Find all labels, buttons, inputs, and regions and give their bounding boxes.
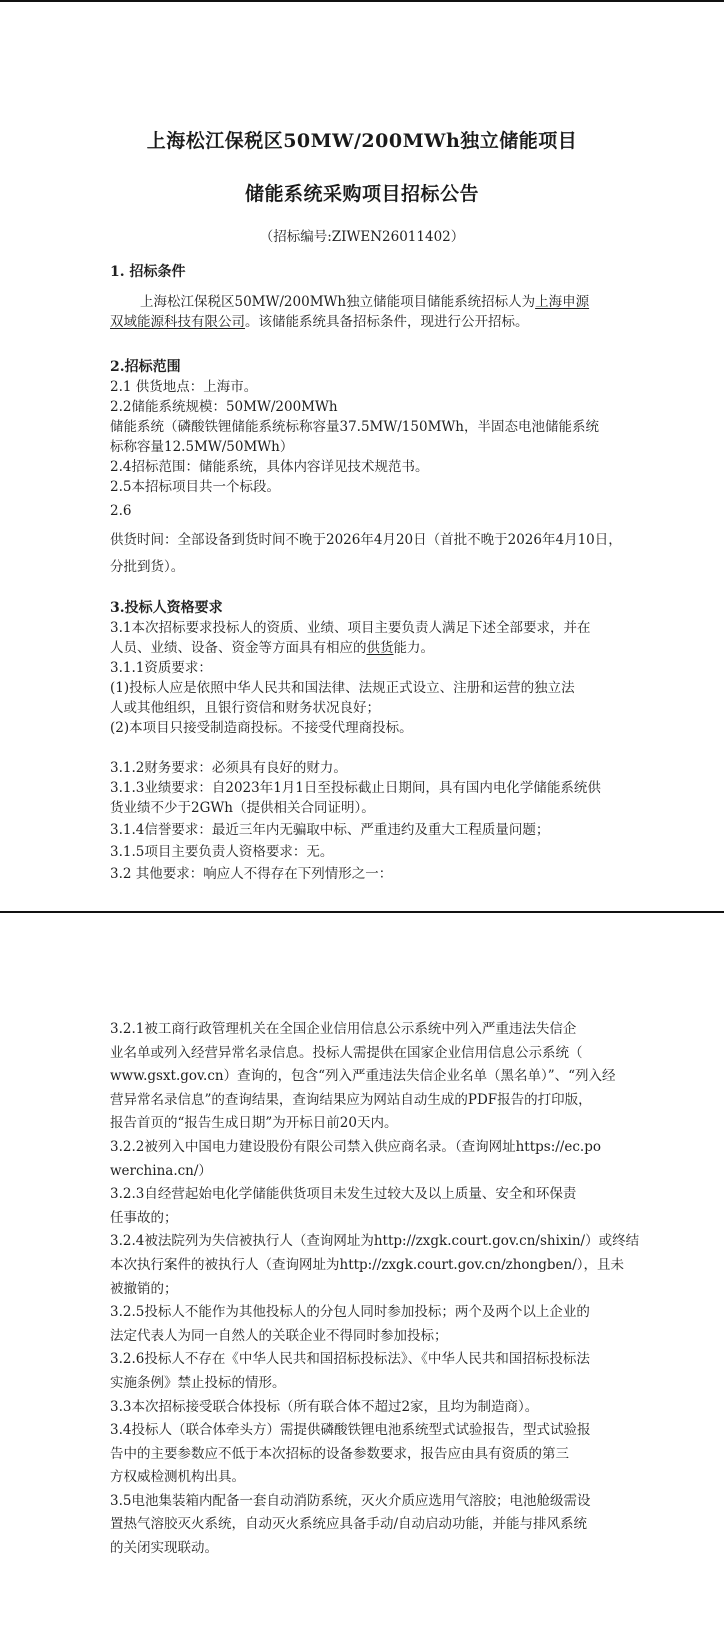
page-2-line: 置热气溶胶灭火系统，自动灭火系统应具备手动/自动启动功能，并能与排风系统 xyxy=(110,1513,596,1537)
section-1-para-suffix: 。该储能系统具备招标条件，现进行公开招标。 xyxy=(245,314,529,330)
page-2-body: 3.2.1被工商行政管理机关在全国企业信用信息公示系统中列入严重违法失信企 业名… xyxy=(110,1018,596,1561)
item-2-2-detail-2: 标称容量12.5MW/50MWh） xyxy=(110,437,596,457)
delivery-time-line-2: 分批到货）。 xyxy=(110,557,596,577)
page-2-line: 本次执行案件的被执行人（查询网址为http://zxgk.court.gov.c… xyxy=(110,1254,596,1278)
page-2-line: 营异常名录信息”的查询结果，查询结果应为网站自动生成的PDF报告的打印版， xyxy=(110,1089,596,1113)
item-3-1-4: 3.1.4信誉要求：最近三年内无骗取中标、严重违约及重大工程质量问题； xyxy=(110,820,596,840)
section-3: 3.投标人资格要求 3.1本次招标要求投标人的资质、业绩、项目主要负责人满足下述… xyxy=(110,598,596,884)
document-title-line-1: 上海松江保税区50MW/200MWh独立储能项目 xyxy=(0,126,724,153)
page-2-line: 3.4投标人（联合体牵头方）需提供磷酸铁锂电池系统型式试验报告，型式试验报 xyxy=(110,1419,596,1443)
item-3-1-line-1: 3.1本次招标要求投标人的资质、业绩、项目主要负责人满足下述全部要求，并在 xyxy=(110,618,596,638)
qualification-1-line-1: (1)投标人应是依照中华人民共和国法律、法规正式设立、注册和运营的独立法 xyxy=(110,678,596,698)
supply-underlined: 供货 xyxy=(367,640,394,656)
item-2-5: 2.5本招标项目共一个标段。 xyxy=(110,477,596,497)
item-3-1-5: 3.1.5项目主要负责人资格要求：无。 xyxy=(110,842,596,862)
section-2: 2.招标范围 2.1 供货地点：上海市。 2.2储能系统规模：50MW/200M… xyxy=(110,357,596,577)
page-2-line: 3.3本次招标接受联合体投标（所有联合体不超过2家，且均为制造商）。 xyxy=(110,1396,596,1420)
section-1: 1. 招标条件 上海松江保税区50MW/200MWh独立储能项目储能系统招标人为… xyxy=(110,262,596,332)
page-2-line: 3.2.1被工商行政管理机关在全国企业信用信息公示系统中列入严重违法失信企 xyxy=(110,1018,596,1042)
section-1-para-line-1: 上海松江保税区50MW/200MWh独立储能项目储能系统招标人为上海申源 xyxy=(110,292,596,312)
item-3-2: 3.2 其他要求：响应人不得存在下列情形之一： xyxy=(110,864,596,884)
page-2-line: 报告首页的“报告生成日期”为开标日前20天内。 xyxy=(110,1112,596,1136)
item-2-4: 2.4招标范围：储能系统，具体内容详见技术规范书。 xyxy=(110,457,596,477)
section-1-heading: 1. 招标条件 xyxy=(110,262,596,282)
page-2-line: 任事故的； xyxy=(110,1207,596,1231)
page-2-line: 业名单或列入经营异常名录信息。投标人需提供在国家企业信用信息公示系统（ xyxy=(110,1042,596,1066)
page-2-line: 3.2.4被法院列为失信被执行人（查询网址为http://zxgk.court.… xyxy=(110,1230,596,1254)
item-3-1-text: 人员、业绩、设备、资金等方面具有相应的 xyxy=(110,640,367,656)
tenderer-company-part-2: 双域能源科技有限公司 xyxy=(110,314,245,330)
page-2-line: 3.2.2被列入中国电力建设股份有限公司禁入供应商名录。（查询网址https:/… xyxy=(110,1136,596,1160)
qualification-1-line-2: 人或其他组织，且银行资信和财务状况良好； xyxy=(110,698,596,718)
page-2-line: 法定代表人为同一自然人的关联企业不得同时参加投标； xyxy=(110,1325,596,1349)
page-2-line: 被撤销的； xyxy=(110,1278,596,1302)
document-page-1: 上海松江保税区50MW/200MWh独立储能项目 储能系统采购项目招标公告 （招… xyxy=(0,0,724,911)
item-3-1-suffix: 能力。 xyxy=(394,640,435,656)
item-2-6: 2.6 xyxy=(110,501,596,521)
item-3-1-2: 3.1.2财务要求：必须具有良好的财力。 xyxy=(110,758,596,778)
item-3-1-3-line-2: 货业绩不少于2GWh（提供相关合同证明）。 xyxy=(110,798,596,818)
page-2-line: 实施条例》禁止投标的情形。 xyxy=(110,1372,596,1396)
page-2-line: 3.5电池集装箱内配备一套自动消防系统，灭火介质应选用气溶胶；电池舱级需设 xyxy=(110,1490,596,1514)
item-2-2-detail-1: 储能系统（磷酸铁锂储能系统标称容量37.5MW/150MWh，半固态电池储能系统 xyxy=(110,417,596,437)
item-2-2: 2.2储能系统规模：50MW/200MWh xyxy=(110,397,596,417)
page-2-line: 3.2.6投标人不存在《中华人民共和国招标投标法》、《中华人民共和国招标投标法 xyxy=(110,1348,596,1372)
section-3-heading: 3.投标人资格要求 xyxy=(110,598,596,618)
qualification-2: (2)本项目只接受制造商投标。不接受代理商投标。 xyxy=(110,718,596,738)
item-3-1-1: 3.1.1资质要求： xyxy=(110,658,596,678)
page-2-line: 告中的主要参数应不低于本次招标的设备参数要求，报告应由具有资质的第三 xyxy=(110,1443,596,1467)
page-2-line: www.gsxt.gov.cn）查询的，包含“列入严重违法失信企业名单（黑名单）… xyxy=(110,1065,596,1089)
document-title-line-2: 储能系统采购项目招标公告 xyxy=(0,179,724,206)
page-2-line: werchina.cn/） xyxy=(110,1160,596,1184)
item-3-1-line-2: 人员、业绩、设备、资金等方面具有相应的供货能力。 xyxy=(110,638,596,658)
delivery-time-line-1: 供货时间：全部设备到货时间不晚于2026年4月20日（首批不晚于2026年4月1… xyxy=(110,529,596,551)
section-1-para-line-2: 双域能源科技有限公司。该储能系统具备招标条件，现进行公开招标。 xyxy=(110,312,596,332)
page-2-line: 3.2.5投标人不能作为其他投标人的分包人同时参加投标；两个及两个以上企业的 xyxy=(110,1301,596,1325)
section-2-heading: 2.招标范围 xyxy=(110,357,596,377)
section-1-para-text: 上海松江保税区50MW/200MWh独立储能项目储能系统招标人为 xyxy=(140,294,535,310)
document-page-2: 3.2.1被工商行政管理机关在全国企业信用信息公示系统中列入严重违法失信企 业名… xyxy=(0,913,724,1648)
item-2-1: 2.1 供货地点：上海市。 xyxy=(110,377,596,397)
page-2-line: 3.2.3自经营起始电化学储能供货项目未发生过较大及以上质量、安全和环保责 xyxy=(110,1183,596,1207)
tenderer-company-part-1: 上海申源 xyxy=(535,294,589,310)
tender-code: （招标编号:ZIWEN26011402） xyxy=(0,225,724,245)
item-3-1-3-line-1: 3.1.3业绩要求：自2023年1月1日至投标截止日期间，具有国内电化学储能系统… xyxy=(110,778,596,798)
page-2-line: 的关闭实现联动。 xyxy=(110,1537,596,1561)
page-2-line: 方权威检测机构出具。 xyxy=(110,1466,596,1490)
